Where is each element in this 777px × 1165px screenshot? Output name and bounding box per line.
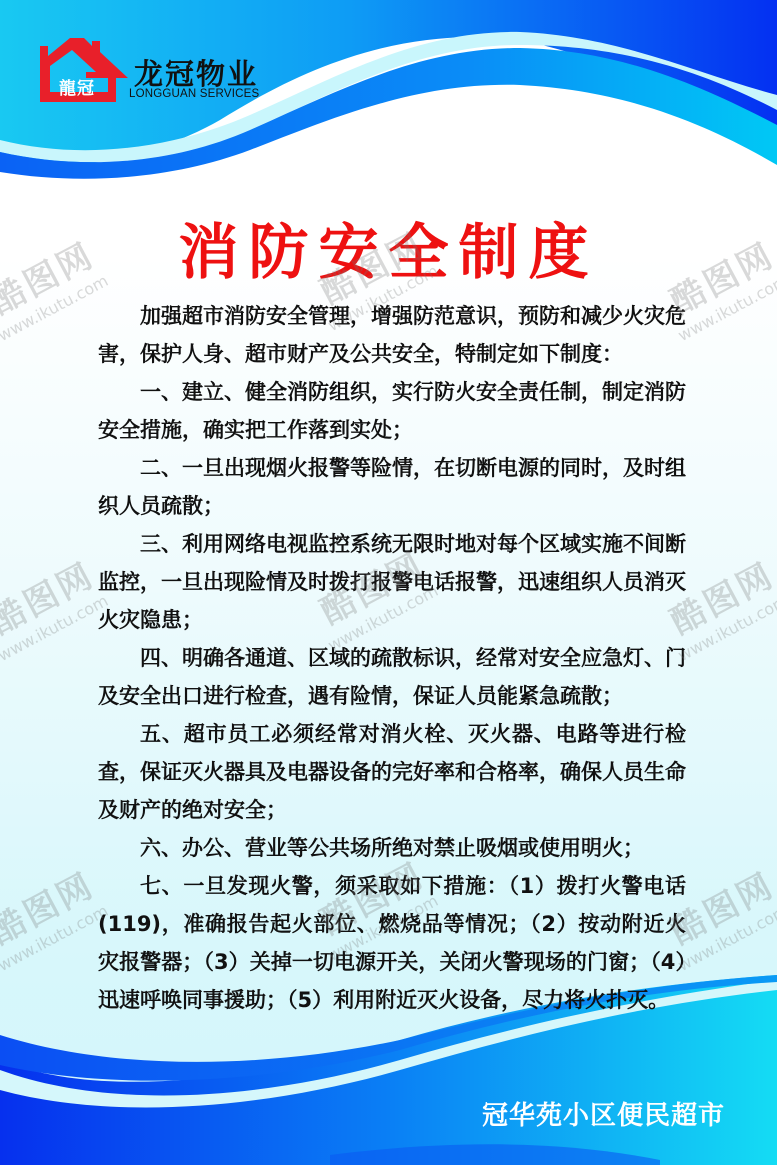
rule-4: 四、明确各通道、区域的疏散标识，经常对安全应急灯、门及安全出口进行检查，遇有险情… [98,639,686,715]
logo-name-en: LONGGUAN SERVICES [129,88,259,100]
store-name: 冠华苑小区便民超市 [482,1095,725,1132]
rule-5: 五、超市员工必须经常对消火栓、灭火器、电路等进行检查，保证灭火器具及电器设备的完… [98,715,686,829]
rule-6: 六、办公、营业等公共场所绝对禁止吸烟或使用明火； [98,829,686,867]
page-title: 消防安全制度 [0,205,777,291]
logo-name-cn: 龙冠物业 [134,52,258,93]
rule-2: 二、一旦出现烟火报警等险情，在切断电源的同时，及时组织人员疏散； [98,449,686,525]
logo-house-text: 龍冠 [59,74,95,99]
company-logo: 龍冠 龙冠物业 LONGGUAN SERVICES [40,38,260,108]
rule-3: 三、利用网络电视监控系统无限时地对每个区域实施不间断监控，一旦出现险情及时拨打报… [98,525,686,639]
rule-7: 七、一旦发现火警，须采取如下措施：（1）拨打火警电话(119)，准确报告起火部位… [98,867,686,1019]
regulation-body: 加强超市消防安全管理，增强防范意识，预防和减少火灾危害，保护人身、超市财产及公共… [98,297,686,1019]
rule-1: 一、建立、健全消防组织，实行防火安全责任制，制定消防安全措施，确实把工作落到实处… [98,373,686,449]
intro-paragraph: 加强超市消防安全管理，增强防范意识，预防和减少火灾危害，保护人身、超市财产及公共… [98,297,686,373]
